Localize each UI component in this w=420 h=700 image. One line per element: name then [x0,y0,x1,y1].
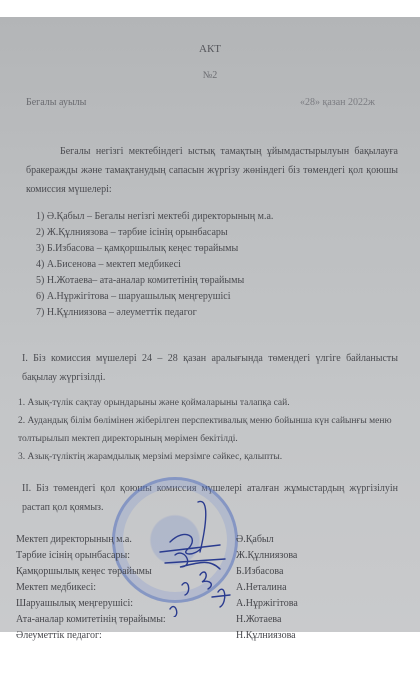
findings-list: 1. Азық-түлік сақтау орындарыны және қой… [18,394,398,466]
commission-members-list: 1) Ә.Қабыл – Бегалы негізгі мектебі дире… [36,209,273,321]
finding-item: 3. Азық-түліктің жарамдылық мерзімі мерз… [18,448,398,466]
handwritten-signatures [140,497,250,617]
intro-paragraph: Бегалы негізгі мектебіндегі ыстық тамақт… [26,142,398,199]
member-item: 1) Ә.Қабыл – Бегалы негізгі мектебі дире… [36,209,273,225]
member-item: 7) Н.Құлниязова – әлеуметтік педагог [36,305,273,321]
document-number: №2 [0,70,420,81]
document-title: АКТ [0,43,420,55]
finding-item: 2. Аудандық білім бөлімінен жіберілген п… [18,412,398,448]
member-item: 4) А.Бисенова – мектеп медбикесі [36,257,273,273]
finding-item: 1. Азық-түлік сақтау орындарыны және қой… [18,394,398,412]
document-date: «28» қазан 2022ж [300,97,375,108]
section-1: І. Біз комиссия мүшелері 24 – 28 қазан а… [22,349,398,387]
signature-role: Тәрбие ісінің орынбасары: [16,548,130,564]
member-item: 5) Н.Жотаева– ата-аналар комитетінің төр… [36,273,273,289]
member-item: 2) Ж.Құлниязова – тәрбие ісінің орынбаса… [36,225,273,241]
member-item: 3) Б.Избасова – қамқоршылық кеңес төрайы… [36,241,273,257]
document-photo: АКТ №2 Бегалы ауылы «28» қазан 2022ж Бег… [0,17,420,632]
signature-role: Әлеуметтік педагог: [16,628,102,644]
signature-name: Н.Құлниязова [236,628,296,644]
signature-role: Шаруашылық меңгерушісі: [16,596,133,612]
signature-role: Мектеп директорының м.а. [16,532,132,548]
signature-role: Қамқоршылық кеңес төрайымы [16,564,152,580]
signature-role: Мектеп медбикесі: [16,580,96,596]
document-place: Бегалы ауылы [26,97,86,108]
member-item: 6) А.Нұржігітова – шаруашылық меңгерушіс… [36,289,273,305]
signature-row: Әлеуметтік педагог: Н.Құлниязова [16,628,416,644]
